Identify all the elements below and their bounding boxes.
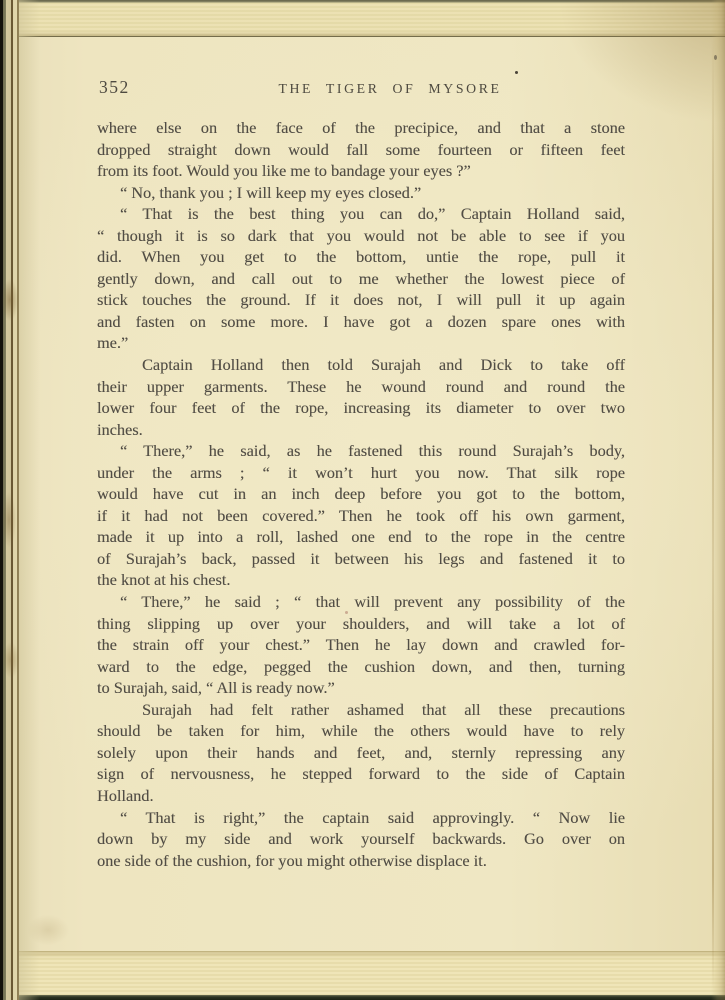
text-line: would have cut in an inch deep before yo… (97, 483, 625, 505)
text-line: gently down, and call out to me whether … (97, 268, 625, 290)
text-line: under the arms ; “ it won’t hurt you now… (97, 462, 625, 484)
text-line: thing slipping up over your shoulders, a… (97, 613, 625, 635)
paper-fleck (714, 55, 717, 60)
text-line: the knot at his chest. (97, 569, 625, 591)
text-line: of Surajah’s back, passed it between his… (97, 548, 625, 570)
text-line: “ No, thank you ; I will keep my eyes cl… (97, 182, 625, 204)
book-page-scan: 352 THE TIGER OF MYSORE where else on th… (0, 0, 725, 1000)
text-line: should be taken for him, while the other… (97, 720, 625, 742)
text-line: to Surajah, said, “ All is ready now.” (97, 677, 625, 699)
text-line: Captain Holland then told Surajah and Di… (97, 354, 625, 376)
text-line: stick touches the ground. If it does not… (97, 289, 625, 311)
text-line: lower four feet of the rope, increasing … (97, 397, 625, 419)
text-line: did. When you get to the bottom, untie t… (97, 246, 625, 268)
text-line: one side of the cushion, for you might o… (97, 850, 625, 872)
text-line: solely upon their hands and feet, and, s… (97, 742, 625, 764)
text-line: dropped straight down would fall some fo… (97, 139, 625, 161)
page-stack-bottom-edge (0, 951, 725, 996)
text-line: “ There,” he said, as he fastened this r… (97, 440, 625, 462)
text-line: their upper garments. These he wound rou… (97, 376, 625, 398)
text-line: “ though it is so dark that you would no… (97, 225, 625, 247)
page-number: 352 (99, 77, 130, 98)
text-line: ward to the edge, pegged the cushion dow… (97, 656, 625, 678)
ink-speck (515, 71, 518, 74)
text-line: me.” (97, 332, 625, 354)
text-line: “ That is right,” the captain said appro… (97, 807, 625, 829)
text-line: the strain off your chest.” Then he lay … (97, 634, 625, 656)
text-line: where else on the face of the precipice,… (97, 117, 625, 139)
text-line: Holland. (97, 785, 625, 807)
text-line: down by my side and work yourself backwa… (97, 828, 625, 850)
page-text: where else on the face of the precipice,… (97, 117, 625, 871)
text-line: Surajah had felt rather ashamed that all… (97, 699, 625, 721)
text-line: made it up into a roll, lashed one end t… (97, 526, 625, 548)
text-line: from its foot. Would you like me to band… (97, 160, 625, 182)
board-edge-bottom (0, 995, 725, 1000)
running-title: THE TIGER OF MYSORE (278, 81, 501, 97)
book-spine-edge-strips (0, 0, 42, 1000)
text-line: “ That is the best thing you can do,” Ca… (97, 203, 625, 225)
text-line: “ There,” he said ; “ that will prevent … (97, 591, 625, 613)
text-line: inches. (97, 419, 625, 441)
fore-edge-line (712, 42, 714, 988)
text-line: sign of nervousness, he stepped forward … (97, 763, 625, 785)
text-line: if it had not been covered.” Then he too… (97, 505, 625, 527)
text-line: and fasten on some more. I have got a do… (97, 311, 625, 333)
